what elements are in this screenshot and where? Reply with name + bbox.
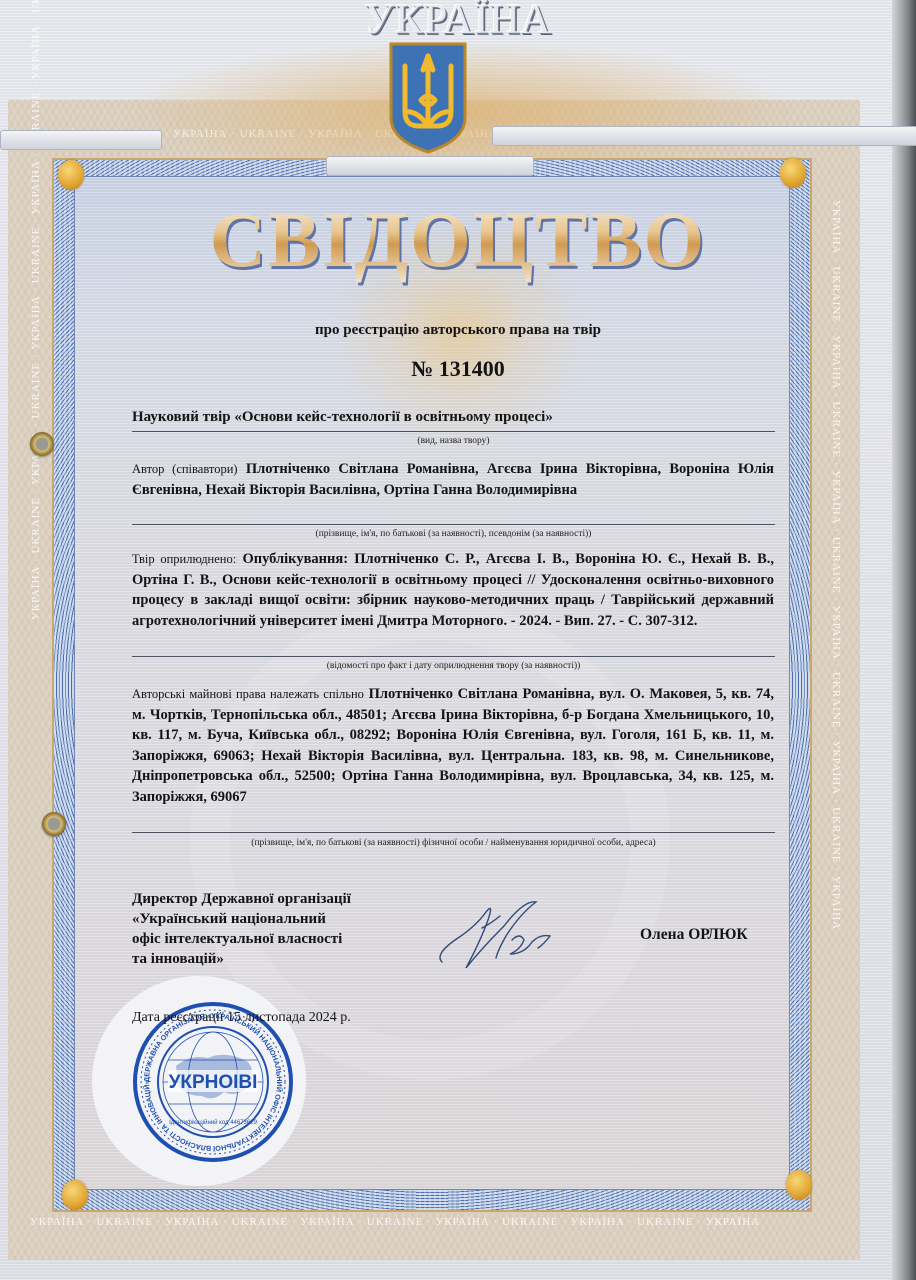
director-line: офіс інтелектуальної власності	[132, 929, 351, 949]
border-text-right: УКРАЇНА · UKRAINE · УКРАЇНА · UKRAINE · …	[830, 200, 842, 930]
director-line: «Український національний	[132, 909, 351, 929]
work-title: Науковий твір «Основи кейс-технології в …	[132, 407, 774, 428]
binding-grommet-icon	[42, 812, 66, 836]
certificate-number: № 131400	[0, 356, 916, 382]
silver-bar-right	[492, 126, 916, 146]
owners-value: Плотніченко Світлана Романівна, вул. О. …	[132, 686, 774, 805]
divider	[132, 656, 775, 657]
publication-field: Твір оприлюднено: Опублікування: Плотніч…	[132, 549, 774, 631]
owners-label: Авторські майнові права належать спільно	[132, 687, 364, 701]
document-subtitle: про реєстрацію авторського права на твір	[0, 322, 916, 339]
country-title: УКРАЇНА	[0, 0, 916, 44]
paper-edge	[892, 0, 916, 1280]
stamp-code-text: Ідентифікаційний код 44673629	[169, 1119, 258, 1126]
document-title: СВІДОЦТВО	[0, 195, 916, 285]
divider	[132, 431, 775, 432]
corner-medallion-icon	[58, 160, 84, 190]
publication-caption: (відомості про факт і дату оприлюднення …	[132, 661, 775, 671]
signer-name: Олена ОРЛЮК	[640, 926, 748, 944]
divider	[132, 832, 775, 833]
publication-label: Твір оприлюднено:	[132, 552, 236, 566]
authors-label: Автор (співавтори)	[132, 462, 238, 476]
corner-medallion-icon	[62, 1180, 88, 1210]
owners-caption: (прізвище, ім'я, по батькові (за наявнос…	[132, 838, 775, 848]
director-line: Директор Державної організації	[132, 889, 351, 909]
director-line: та інновацій»	[132, 949, 351, 969]
silver-bar-left	[0, 130, 162, 150]
trident-coat-of-arms-icon	[387, 40, 469, 156]
director-title: Директор Державної організації «Українсь…	[132, 889, 351, 969]
work-title-caption: (вид, назва твору)	[132, 436, 775, 446]
binding-grommet-icon	[30, 432, 54, 456]
border-text-left: УКРАЇНА · UKRAINE · УКРАЇНА · UKRAINE · …	[30, 0, 42, 620]
corner-medallion-icon	[780, 158, 806, 188]
registration-label: Дата реєстрації	[132, 1010, 224, 1025]
authors-caption: (прізвище, ім'я, по батькові (за наявнос…	[132, 529, 775, 539]
registration-date: Дата реєстрації 15 листопада 2024 р.	[132, 1010, 351, 1026]
registration-value: 15 листопада 2024 р.	[227, 1010, 351, 1025]
silver-bar-center	[326, 156, 534, 176]
border-text-bottom: УКРАЇНА · UKRAINE · УКРАЇНА · UKRAINE · …	[30, 1216, 760, 1228]
owners-field: Авторські майнові права належать спільно…	[132, 684, 774, 807]
handwritten-signature-icon	[428, 888, 578, 978]
stamp-center-text: УКРНОІВІ	[169, 1072, 258, 1093]
divider	[132, 524, 775, 525]
corner-medallion-icon	[786, 1170, 812, 1200]
authors-field: Автор (співавтори) Плотніченко Світлана …	[132, 459, 774, 500]
